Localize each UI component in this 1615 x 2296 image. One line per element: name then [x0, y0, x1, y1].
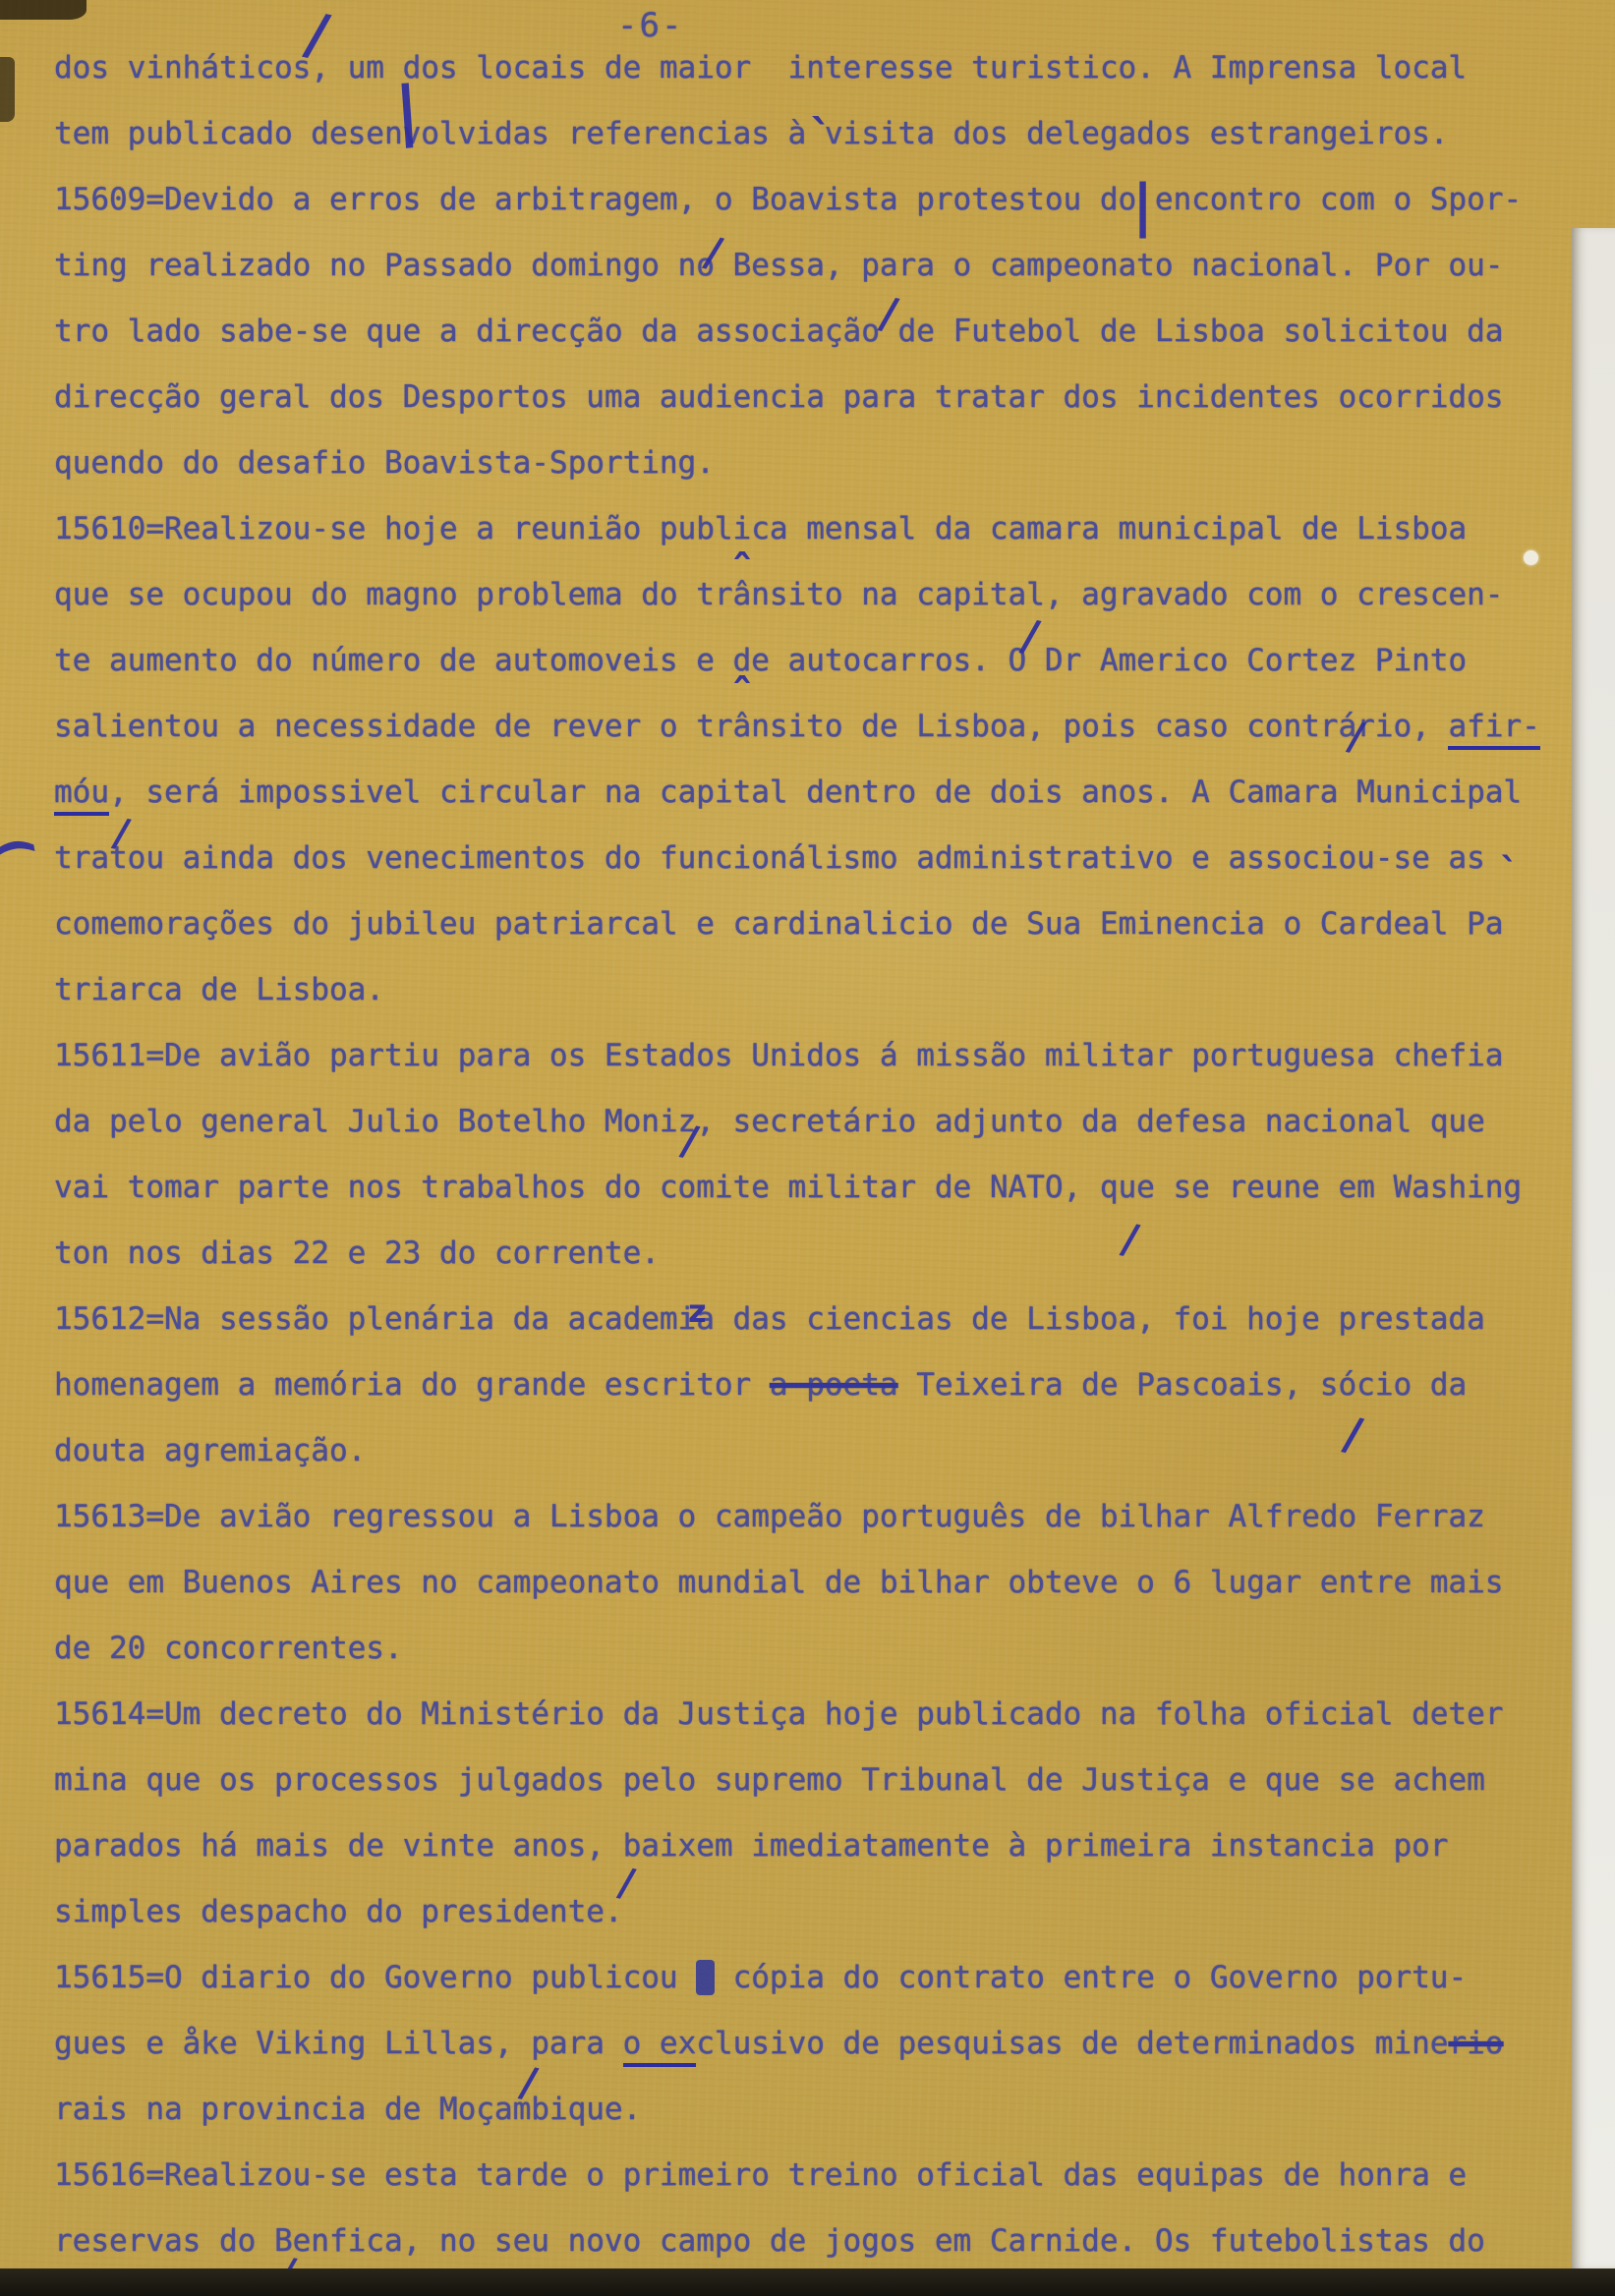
typed-text: comemorações do jubileu patriarcal e car… [54, 906, 1503, 942]
typed-text: que se ocupou do magno problema do trâns… [54, 577, 1503, 612]
text-line: reservas do Benfica, no seu novo campo d… [54, 2209, 1587, 2274]
struck-text: a poeta [770, 1367, 898, 1403]
text-line: quendo do desafio Boavista-Sporting. [54, 430, 1587, 496]
typed-text: da pelo general Julio Botelho Moniz, sec… [54, 1104, 1485, 1139]
typed-text: vai tomar parte nos trabalhos do comite … [54, 1170, 1522, 1205]
text-line: comemorações do jubileu patriarcal e car… [54, 891, 1587, 957]
text-line: tratou ainda dos venecimentos do funcion… [54, 826, 1587, 891]
hand-underlined-text: o ex [623, 2026, 697, 2067]
text-line: 15609=Devido a erros de arbitragem, o Bo… [54, 167, 1587, 233]
typed-text: 15614=Um decreto do Ministério da Justiç… [54, 1696, 1503, 1732]
typed-text: triarca de Lisboa. [54, 972, 384, 1007]
typed-text: clusivo de pesquisas de determinados min… [696, 2026, 1448, 2061]
text-line: 15613=De avião regressou a Lisboa o camp… [54, 1484, 1587, 1550]
typed-text: 15612=Na sessão plenária da academia das… [54, 1301, 1485, 1337]
text-line: que se ocupou do magno problema do trâns… [54, 562, 1587, 628]
typed-text: 15615=O diario do Governo publicou [54, 1960, 696, 1995]
text-line: 15614=Um decreto do Ministério da Justiç… [54, 1682, 1587, 1748]
text-line: de 20 concorrentes. [54, 1616, 1587, 1682]
typed-text: simples despacho do presidente. [54, 1894, 623, 1929]
typed-text: dos vinháticos, um dos locais de maior i… [54, 50, 1467, 86]
text-line: rais na provincia de Moçambique. [54, 2077, 1587, 2143]
text-line: dos vinháticos, um dos locais de maior i… [54, 35, 1587, 101]
text-line: parados há mais de vinte anos, baixem im… [54, 1813, 1587, 1879]
typed-text: ting realizado no Passado domingo no Bes… [54, 248, 1503, 283]
text-line: homenagem a memória do grande escritor a… [54, 1352, 1587, 1418]
typed-text: 15610=Realizou-se hoje a reunião publica… [54, 511, 1467, 546]
text-line: tro lado sabe-se que a direcção da assoc… [54, 299, 1587, 365]
text-line: simples despacho do presidente. [54, 1879, 1587, 1945]
text-line: tem publicado desenvolvidas referencias … [54, 101, 1587, 167]
text-line: te aumento do número de automoveis e de … [54, 628, 1587, 694]
text-line: vai tomar parte nos trabalhos do comite … [54, 1155, 1587, 1221]
text-line: 15612=Na sessão plenária da academia das… [54, 1287, 1587, 1352]
typed-text: 15613=De avião regressou a Lisboa o camp… [54, 1499, 1485, 1534]
text-line: 15611=De avião partiu para os Estados Un… [54, 1023, 1587, 1089]
scan-corner-shadow [0, 0, 87, 20]
typed-text: tratou ainda dos venecimentos do funcion… [54, 840, 1485, 876]
typed-text: 15616=Realizou-se esta tarde o primeiro … [54, 2157, 1467, 2193]
text-line: douta agremiação. [54, 1418, 1587, 1484]
hand-underlined-text: móu [54, 775, 109, 816]
text-line: gues e åke Viking Lillas, para o exclusi… [54, 2011, 1587, 2077]
struck-text: rio [1448, 2026, 1503, 2061]
typed-text: salientou a necessidade de rever o trâns… [54, 709, 1448, 744]
text-line: salientou a necessidade de rever o trâns… [54, 694, 1587, 760]
text-line: da pelo general Julio Botelho Moniz, sec… [54, 1089, 1587, 1155]
text-line: móu, será impossivel circular na capital… [54, 760, 1587, 826]
text-line: 15616=Realizou-se esta tarde o primeiro … [54, 2143, 1587, 2209]
typed-text: tem publicado desenvolvidas referencias … [54, 116, 1448, 151]
typed-text: ton nos dias 22 e 23 do corrente. [54, 1235, 660, 1271]
scan-bottom-edge [0, 2268, 1615, 2296]
typed-text: homenagem a memória do grande escritor [54, 1367, 770, 1403]
typed-text: rais na provincia de Moçambique. [54, 2092, 641, 2127]
scan-edge-mark [0, 57, 15, 122]
text-line: 15610=Realizou-se hoje a reunião publica… [54, 496, 1587, 562]
text-line: que em Buenos Aires no campeonato mundia… [54, 1550, 1587, 1616]
hand-underlined-text: afir- [1448, 709, 1539, 750]
typed-text: de 20 concorrentes. [54, 1631, 403, 1666]
text-line: mina que os processos julgados pelo supr… [54, 1748, 1587, 1813]
typed-text: que em Buenos Aires no campeonato mundia… [54, 1565, 1503, 1600]
typed-text: te aumento do número de automoveis e de … [54, 643, 1467, 678]
typed-text: parados há mais de vinte anos, baixem im… [54, 1828, 1448, 1864]
text-line: ton nos dias 22 e 23 do corrente. [54, 1221, 1587, 1287]
typed-text: 15609=Devido a erros de arbitragem, o Bo… [54, 182, 1522, 217]
typed-text: mina que os processos julgados pelo supr… [54, 1762, 1485, 1798]
text-line: ting realizado no Passado domingo no Bes… [54, 233, 1587, 299]
typed-text: reservas do Benfica, no seu novo campo d… [54, 2223, 1485, 2259]
document-lines: dos vinháticos, um dos locais de maior i… [54, 35, 1587, 2274]
typed-text: 15611=De avião partiu para os Estados Un… [54, 1038, 1503, 1073]
typed-text: , será impossivel circular na capital de… [109, 775, 1522, 810]
typed-text: gues e åke Viking Lillas, para [54, 2026, 623, 2061]
ink-blot-text: a [696, 1960, 715, 1995]
typed-text: tro lado sabe-se que a direcção da assoc… [54, 314, 1503, 349]
typed-text: direcção geral dos Desportos uma audienc… [54, 379, 1503, 415]
text-line: 15615=O diario do Governo publicou a cóp… [54, 1945, 1587, 2011]
typed-text: Teixeira de Pascoais, sócio da [898, 1367, 1468, 1403]
text-line: triarca de Lisboa. [54, 957, 1587, 1023]
typed-text: quendo do desafio Boavista-Sporting. [54, 445, 715, 481]
typed-text: douta agremiação. [54, 1433, 366, 1468]
text-line: direcção geral dos Desportos uma audienc… [54, 365, 1587, 430]
typed-text: cópia do contrato entre o Governo portu- [715, 1960, 1467, 1995]
